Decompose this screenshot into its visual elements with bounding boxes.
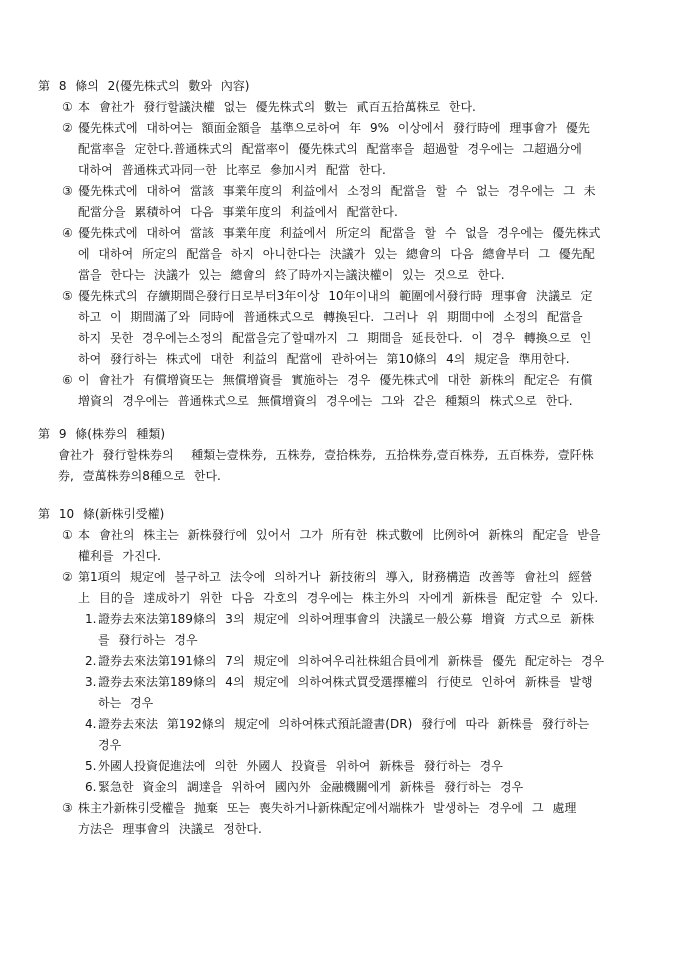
article-10-item-2-sub-2: 2. 證券去來法第191條의 7의 規定에 의하여우리社株組合員에게 新株를 優… — [85, 651, 662, 672]
subitem-marker: 3. — [85, 672, 98, 714]
item-marker: ③ — [62, 181, 78, 223]
article-10-item-2-sub-1: 1. 證券去來法第189條의 3의 規定에 의하여理事會의 決議로一般公募 增資… — [85, 609, 662, 651]
item-marker: ② — [62, 118, 78, 181]
item-text: 株主가新株引受權을 抛棄 또는 喪失하거나新株配定에서端株가 발생하는 경우에 … — [78, 798, 576, 840]
item-text: 本 會社가 發行할議決權 없는 優先株式의 數는 貳百五拾萬株로 한다. — [78, 97, 476, 118]
item-text: 優先株式에 대하여는 額面金額을 基準으로하여 年 9% 이상에서 發行時에 理… — [78, 118, 590, 181]
article-10-item-3: ③ 株主가新株引受權을 抛棄 또는 喪失하거나新株配定에서端株가 발생하는 경우… — [62, 798, 662, 840]
article-9-heading: 第 9 條(株券의 種類) — [38, 424, 662, 445]
subitem-marker: 5. — [85, 756, 98, 777]
document-page: 第 8 條의 2(優先株式의 數와 內容) ① 本 會社가 發行할議決權 없는 … — [0, 0, 680, 962]
item-marker: ⑥ — [62, 370, 78, 412]
subitem-text: 外國人投資促進法에 의한 外國人 投資를 위하여 新株를 發行하는 경우 — [98, 756, 503, 777]
subitem-text: 證券去來法第191條의 7의 規定에 의하여우리社株組合員에게 新株를 優先 配… — [98, 651, 604, 672]
subitem-text: 緊急한 資金의 調達을 위하여 國內外 金融機關에게 新株를 發行하는 경우 — [98, 777, 523, 798]
article-10-item-2-sub-6: 6. 緊急한 資金의 調達을 위하여 國內外 金融機關에게 新株를 發行하는 경… — [85, 777, 662, 798]
item-marker: ⑤ — [62, 286, 78, 370]
article-9: 第 9 條(株券의 種類) 會社가 發行할株券의 種類는壹株券, 五株券, 壹拾… — [38, 424, 662, 487]
item-text: 第1項의 規定에 불구하고 法令에 의하거나 新技術의 導入, 財務構造 改善等… — [78, 567, 598, 609]
item-marker: ④ — [62, 223, 78, 286]
item-marker: ① — [62, 97, 78, 118]
article-10-item-2-sub-4: 4. 證券去來法 第192條의 規定에 의하여株式預託證書(DR) 發行에 따라… — [85, 714, 662, 756]
subitem-marker: 2. — [85, 651, 98, 672]
subitem-marker: 4. — [85, 714, 98, 756]
item-marker: ② — [62, 567, 78, 609]
article-10-item-1: ① 本 會社의 株主는 新株發行에 있어서 그가 所有한 株式數에 比例하여 新… — [62, 525, 662, 567]
article-9-body: 會社가 發行할株券의 種類는壹株券, 五株券, 壹拾株券, 五拾株券,壹百株券,… — [58, 445, 662, 487]
article-8-2: 第 8 條의 2(優先株式의 數와 內容) ① 本 會社가 發行할議決權 없는 … — [38, 76, 662, 412]
article-10-item-2: ② 第1項의 規定에 불구하고 法令에 의하거나 新技術의 導入, 財務構造 改… — [62, 567, 662, 609]
item-marker: ① — [62, 525, 78, 567]
subitem-text: 證券去來法第189條의 4의 規定에 의하여株式買受選擇權의 行使로 인하여 新… — [98, 672, 593, 714]
article-10: 第 10 條(新株引受權) ① 本 會社의 株主는 新株發行에 있어서 그가 所… — [38, 504, 662, 840]
subitem-marker: 6. — [85, 777, 98, 798]
article-8-2-item-1: ① 本 會社가 發行할議決權 없는 優先株式의 數는 貳百五拾萬株로 한다. — [62, 97, 662, 118]
article-8-2-item-2: ② 優先株式에 대하여는 額面金額을 基準으로하여 年 9% 이상에서 發行時에… — [62, 118, 662, 181]
article-8-2-item-6: ⑥ 이 會社가 有償增資또는 無償增資를 實施하는 경우 優先株式에 대한 新株… — [62, 370, 662, 412]
item-marker: ③ — [62, 798, 78, 840]
subitem-marker: 1. — [85, 609, 98, 651]
article-10-item-2-sub-3: 3. 證券去來法第189條의 4의 規定에 의하여株式買受選擇權의 行使로 인하… — [85, 672, 662, 714]
item-text: 優先株式에 대하여 當該 事業年度 利益에서 所定의 配當을 할 수 없을 경우… — [78, 223, 600, 286]
article-8-2-heading: 第 8 條의 2(優先株式의 數와 內容) — [38, 76, 662, 97]
article-8-2-item-5: ⑤ 優先株式의 存續期間은發行日로부터3年이상 10年이내의 範圍에서發行時 理… — [62, 286, 662, 370]
subitem-text: 證券去來法第189條의 3의 規定에 의하여理事會의 決議로一般公募 增資 方式… — [98, 609, 594, 651]
item-text: 優先株式의 存續期間은發行日로부터3年이상 10年이내의 範圍에서發行時 理事會… — [78, 286, 593, 370]
item-text: 優先株式에 대하여 當該 事業年度의 利益에서 소정의 配當을 할 수 없는 경… — [78, 181, 596, 223]
item-text: 本 會社의 株主는 新株發行에 있어서 그가 所有한 株式數에 比例하여 新株의… — [78, 525, 600, 567]
article-8-2-item-3: ③ 優先株式에 대하여 當該 事業年度의 利益에서 소정의 配當을 할 수 없는… — [62, 181, 662, 223]
article-10-item-2-sub-5: 5. 外國人投資促進法에 의한 外國人 投資를 위하여 新株를 發行하는 경우 — [85, 756, 662, 777]
article-10-heading: 第 10 條(新株引受權) — [38, 504, 662, 525]
article-8-2-item-4: ④ 優先株式에 대하여 當該 事業年度 利益에서 所定의 配當을 할 수 없을 … — [62, 223, 662, 286]
item-text: 이 會社가 有償增資또는 無償增資를 實施하는 경우 優先株式에 대한 新株의 … — [78, 370, 592, 412]
subitem-text: 證券去來法 第192條의 規定에 의하여株式預託證書(DR) 發行에 따라 新株… — [98, 714, 589, 756]
